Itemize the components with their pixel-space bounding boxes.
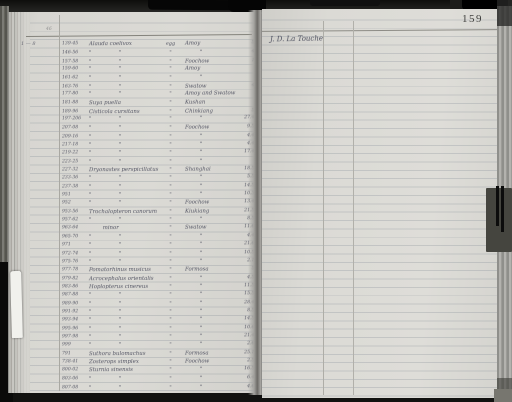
cell-register-number: 157-58 [62, 59, 89, 64]
dark-bookmark [486, 188, 512, 252]
shadow-object [310, 0, 380, 6]
cell-species-name: " " [89, 184, 121, 190]
cell-specimen-type: " [164, 83, 177, 89]
cell-register-number: 209-16 [62, 134, 89, 139]
cell-locality: Swatow [185, 83, 235, 89]
cell-locality: " [185, 375, 235, 381]
cell-register-number: 987-88 [62, 292, 89, 297]
cell-species-name: Suthora bulomachus [89, 351, 146, 357]
bookmark-tab [10, 271, 23, 338]
cell-locality: " [185, 175, 235, 181]
cell-locality: " [185, 191, 235, 197]
cell-specimen-type: " [164, 58, 177, 64]
cell-locality: Amoy [185, 41, 235, 47]
ledger-row: 987-88 " " " " 15.5.98 [8, 291, 254, 301]
cell-register-number: 952 [62, 201, 89, 206]
cell-register-number: 803-06 [62, 376, 89, 381]
ledger-row: 971 " " " " 21.6.95 [8, 241, 254, 251]
ledger-row: 803-06 " " " " 6.4.98 [8, 375, 254, 385]
cell-register-number: 975-76 [62, 259, 89, 264]
cell-species-name: " " [89, 301, 121, 307]
cell-locality: Foochow [185, 58, 235, 64]
cell-species-name: " " [89, 192, 121, 198]
cell-specimen-type: " [164, 317, 177, 323]
cell-register-number: 161-62 [62, 75, 89, 80]
cell-specimen-type: " [164, 342, 177, 348]
cell-locality: Foochow [185, 359, 235, 365]
cell-species-name: " " [89, 159, 121, 165]
cell-species-name: " " [89, 342, 121, 348]
cell-species-name: Acrocephalus orientalis [89, 275, 154, 281]
cell-locality: " [185, 334, 235, 340]
cell-register-number: 993-94 [62, 317, 89, 322]
cell-specimen-type: " [164, 309, 177, 315]
ledger-rows: 139-45 Alauda coelivox egg Amoy 5.95 146… [8, 12, 254, 393]
cell-specimen-type: " [164, 250, 177, 256]
cell-locality: " [185, 309, 235, 315]
cell-register-number: 997-98 [62, 335, 89, 340]
cell-register-number: 177-80 [62, 92, 89, 97]
cell-locality: " [185, 141, 235, 147]
cell-register-number: 163-76 [62, 84, 89, 89]
cell-locality: " [185, 250, 235, 256]
cell-specimen-type: " [164, 91, 177, 97]
cell-locality: " [185, 275, 235, 281]
column-rule [353, 21, 354, 395]
cell-specimen-type: " [164, 159, 177, 165]
cell-register-number: 791 [62, 351, 89, 356]
cell-specimen-type: " [164, 351, 177, 357]
cell-species-name: " " [89, 142, 121, 148]
cell-species-name: Sturnia sinensis [89, 367, 133, 373]
cell-register-number: 207-08 [62, 125, 89, 130]
cell-species-name: " " [89, 50, 121, 56]
cell-locality: " [185, 325, 235, 331]
cell-register-number: 189-96 [62, 109, 89, 114]
cell-species-name: " " [89, 385, 121, 391]
cell-specimen-type: " [164, 116, 177, 122]
cell-register-number: 223-25 [62, 159, 89, 164]
cell-species-name: " " [89, 251, 121, 257]
cell-register-number: 181-88 [62, 100, 89, 105]
cell-register-number: 800-02 [62, 367, 89, 372]
ledger-photo: 1 — 8 46 139-45 Alauda coelivox egg Amoy… [0, 0, 512, 402]
ruled-lines [262, 9, 497, 398]
cell-specimen-type: " [164, 100, 177, 106]
cell-register-number: 995-96 [62, 326, 89, 331]
cell-specimen-type: egg [164, 41, 177, 47]
cell-locality: " [185, 158, 235, 164]
ledger-row: 993-94 " " " " 14.5.98 [8, 316, 254, 326]
cell-locality: Foochow [185, 124, 235, 130]
cell-species-name: " " [89, 309, 121, 315]
cell-register-number: 951 [62, 192, 89, 197]
cell-specimen-type: " [164, 141, 177, 147]
cell-register-number: 953-56 [62, 209, 89, 214]
cell-specimen-type: " [164, 75, 177, 81]
cell-specimen-type: " [164, 284, 177, 290]
cell-specimen-type: " [164, 200, 177, 206]
cell-species-name: " " [89, 134, 121, 140]
cell-register-number: 227-32 [62, 167, 89, 172]
cell-locality: Formosa [185, 350, 235, 356]
cell-specimen-type: " [164, 50, 177, 56]
cell-species-name: " " [89, 292, 121, 298]
cell-specimen-type: " [164, 209, 177, 215]
cell-register-number: 139-45 [62, 41, 89, 46]
cell-locality: Chinkiang [185, 108, 235, 114]
cell-register-number: 983-86 [62, 284, 89, 289]
cell-species-name: " " [89, 217, 121, 223]
cell-register-number: 807-08 [62, 385, 89, 390]
cell-register-number: 979-82 [62, 276, 89, 281]
cell-species-name: Alauda coelivox [89, 41, 132, 47]
cell-specimen-type: " [164, 66, 177, 72]
left-page: 1 — 8 46 139-45 Alauda coelivox egg Amoy… [8, 12, 254, 393]
cell-register-number: 197-206 [62, 117, 89, 122]
cell-species-name: " " [89, 175, 121, 181]
ledger-row: 807-08 " " " " 4.6.98 [8, 384, 254, 394]
cell-register-number: 738-41 [62, 360, 89, 365]
cell-locality: " [185, 133, 235, 139]
cell-locality: " [185, 49, 235, 55]
ledger-row: 207-08 " " " Foochow 9.5.98 [8, 124, 254, 134]
cell-species-name: Dryonastes perspicillatus [89, 166, 158, 172]
cell-locality: " [185, 284, 235, 290]
cell-locality: Kushan [185, 99, 235, 105]
cell-species-name: " " [89, 242, 121, 248]
cell-specimen-type: " [164, 384, 177, 390]
cell-register-number: 217-18 [62, 142, 89, 147]
cell-register-number: 972-74 [62, 251, 89, 256]
cell-species-name: " " [89, 376, 121, 382]
cell-species-name: " " [89, 75, 121, 81]
cell-specimen-type: " [164, 133, 177, 139]
cell-species-name: Cisticola cursitans [89, 109, 140, 115]
cell-register-number: 233-36 [62, 176, 89, 181]
cell-species-name: " " [89, 150, 121, 156]
bookmark-stripe [496, 186, 499, 226]
cell-species-name: " " [89, 200, 121, 206]
ledger-row: 146-56 " " " " 4.95 [8, 49, 254, 59]
cell-register-number: 963-64 [62, 226, 89, 231]
cell-specimen-type: " [164, 184, 177, 190]
cell-register-number: 146-56 [62, 50, 89, 55]
cell-locality: Formosa [185, 266, 235, 272]
bookmark-stripe [501, 186, 504, 232]
cell-register-number: 991-92 [62, 310, 89, 315]
cell-register-number: 237-38 [62, 184, 89, 189]
cell-specimen-type: " [164, 191, 177, 197]
cell-specimen-type: " [164, 166, 177, 172]
cell-species-name: " " [89, 84, 121, 90]
cell-register-number: 219-22 [62, 150, 89, 155]
cell-species-name: Zosterops simplex [89, 359, 139, 365]
fore-edge-corner [494, 389, 512, 402]
cell-species-name: " " [89, 91, 121, 97]
cell-locality: Kiukiang [185, 208, 235, 214]
cell-species-name: Trochalopteron canorum [89, 209, 157, 215]
cell-species-name: " " [89, 317, 121, 323]
cell-locality: " [185, 291, 235, 297]
cell-register-number: 965-70 [62, 234, 89, 239]
cell-species-name: " " [89, 259, 121, 265]
right-page: 159 J. D. La Touche [262, 9, 497, 398]
ledger-row: 161-62 " " " " 96 [8, 74, 254, 84]
cell-specimen-type: " [164, 242, 177, 248]
cell-locality: " [185, 259, 235, 265]
cell-species-name: " " [89, 125, 121, 131]
cell-specimen-type: " [164, 234, 177, 240]
cell-locality: " [185, 316, 235, 322]
cell-locality: " [185, 150, 235, 156]
cell-locality: " [185, 342, 235, 348]
page-edge-shade [497, 0, 512, 26]
cell-locality: " [185, 300, 235, 306]
ledger-row: 977-78 Pomatorhinus musicus " Formosa 5.… [8, 266, 254, 276]
cell-species-name: " " [89, 66, 121, 72]
cell-register-number: 977-78 [62, 267, 89, 272]
cell-specimen-type: " [164, 367, 177, 373]
cell-register-number: 957-62 [62, 217, 89, 222]
cell-register-number: 999 [62, 342, 89, 347]
cell-specimen-type: " [164, 300, 177, 306]
cell-locality: " [185, 367, 235, 373]
cell-locality: Foochow [185, 200, 235, 206]
cell-species-name: Pomatorhinus musicus [89, 267, 151, 273]
collector-signature: J. D. La Touche [270, 35, 323, 44]
cell-specimen-type: " [164, 325, 177, 331]
cell-species-name: " " [89, 234, 121, 240]
cell-specimen-type: " [164, 334, 177, 340]
cell-register-number: 159-60 [62, 67, 89, 72]
cell-locality: Amoy and Swatow [185, 91, 235, 97]
cell-specimen-type: " [164, 275, 177, 281]
cell-locality: " [185, 183, 235, 189]
cell-species-name: " " [89, 59, 121, 65]
page-number: 159 [462, 13, 483, 25]
cell-register-number: 989-90 [62, 301, 89, 306]
cell-locality: " [185, 241, 235, 247]
cell-locality: " [185, 74, 235, 80]
cell-species-name: minor [89, 225, 119, 231]
cell-specimen-type: " [164, 376, 177, 382]
cell-locality: " [185, 233, 235, 239]
cell-locality: Swatow [185, 225, 235, 231]
cell-species-name: " " [89, 326, 121, 332]
cell-specimen-type: " [164, 175, 177, 181]
cell-species-name: " " [89, 334, 121, 340]
cell-locality: " [185, 216, 235, 222]
cell-species-name: Suya puella [89, 100, 121, 106]
cell-species-name: " " [89, 116, 121, 122]
cell-register-number: 971 [62, 242, 89, 247]
column-rule [323, 21, 324, 395]
cell-specimen-type: " [164, 359, 177, 365]
cell-specimen-type: " [164, 225, 177, 231]
cell-locality: Shanghai [185, 166, 235, 172]
cell-specimen-type: " [164, 216, 177, 222]
cell-locality: " [185, 384, 235, 390]
cell-specimen-type: " [164, 125, 177, 131]
cell-species-name: Hoplopterus cinereus [89, 284, 148, 290]
ledger-row: 181-88 Suya puella " Kushan 95 [8, 99, 254, 109]
cell-specimen-type: " [164, 259, 177, 265]
cell-locality: Amoy [185, 66, 235, 72]
cell-specimen-type: " [164, 267, 177, 273]
cell-locality: " [185, 116, 235, 122]
cell-specimen-type: " [164, 150, 177, 156]
cell-specimen-type: " [164, 108, 177, 114]
cell-specimen-type: " [164, 292, 177, 298]
